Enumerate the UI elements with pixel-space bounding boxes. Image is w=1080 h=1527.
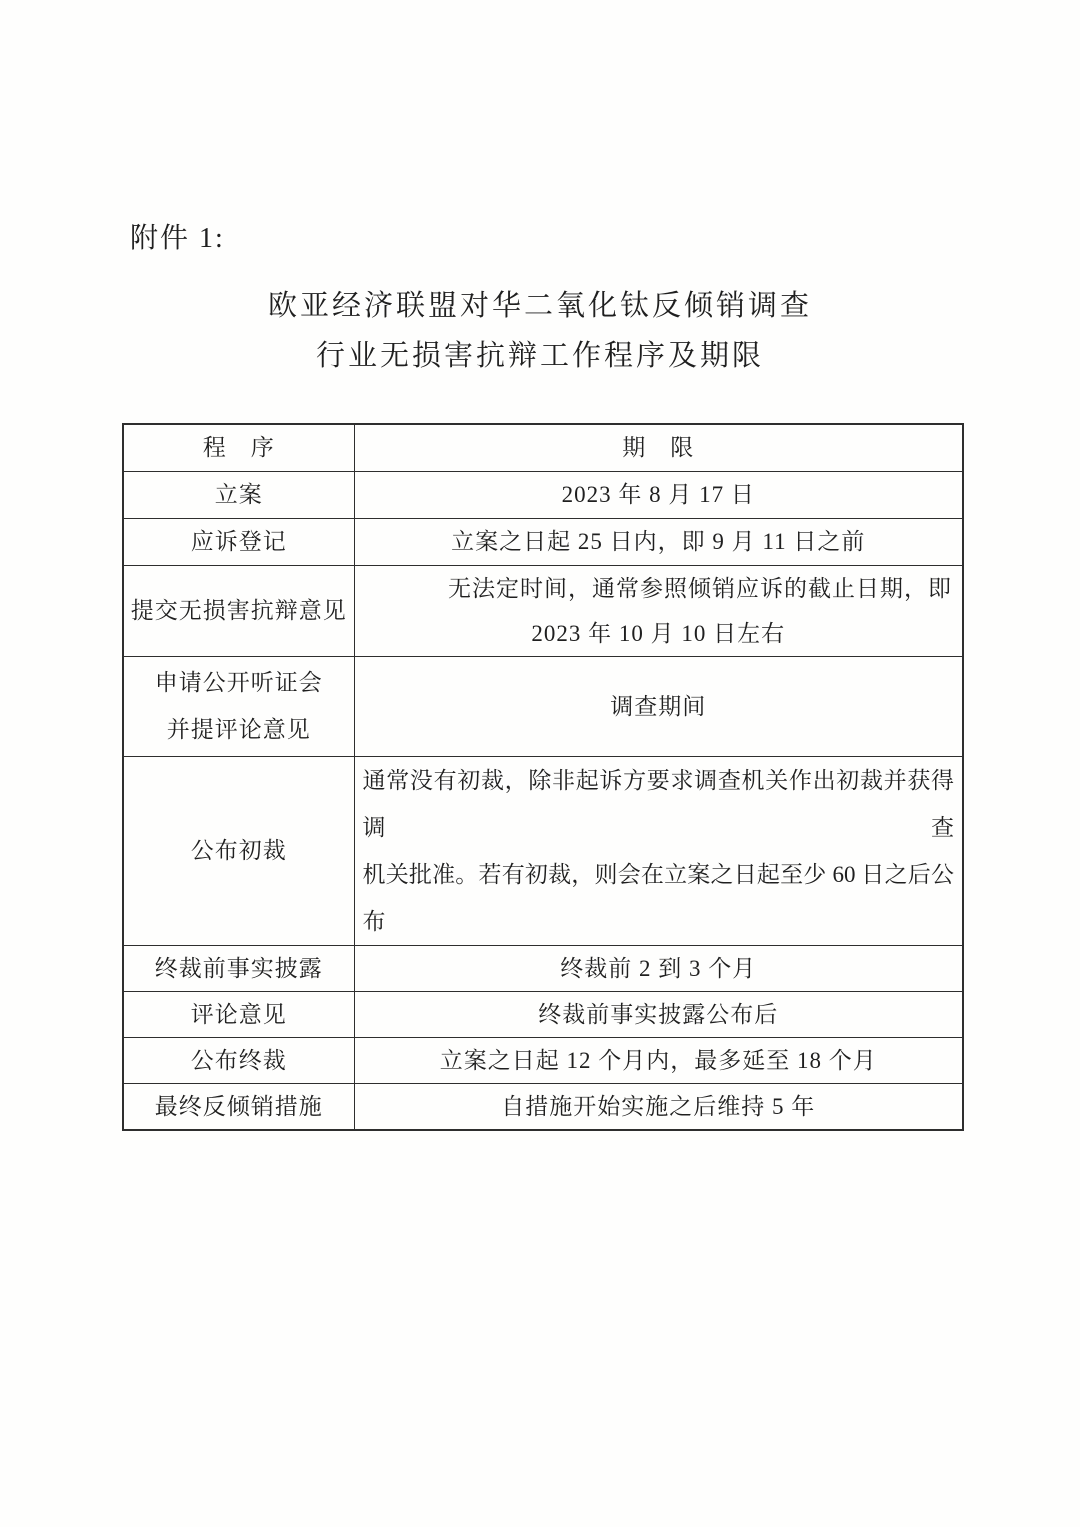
column-header-procedure: 程 序 — [123, 424, 354, 471]
procedure-cell: 公布终裁 — [123, 1037, 354, 1083]
table-row-registration: 应诉登记 立案之日起 25 日内，即 9 月 11 日之前 — [123, 518, 963, 565]
header-procedure-label: 程 序 — [124, 425, 354, 470]
procedure-text: 评论意见 — [124, 992, 354, 1037]
table-row-preliminary-ruling: 公布初裁 通常没有初裁，除非起诉方要求调查机关作出初裁并获得调查 机关批准。若有… — [123, 756, 963, 945]
deadline-cell: 终裁前 2 到 3 个月 — [354, 945, 963, 991]
procedure-text: 公布终裁 — [124, 1038, 354, 1083]
deadline-cell: 无法定时间，通常参照倾销应诉的截止日期，即 2023 年 10 月 10 日左右 — [354, 565, 963, 656]
deadline-cell: 2023 年 8 月 17 日 — [354, 471, 963, 518]
header-deadline-label: 期 限 — [355, 425, 963, 470]
deadline-text-line1: 通常没有初裁，除非起诉方要求调查机关作出初裁并获得调查 — [355, 757, 963, 851]
procedure-cell: 申请公开听证会 并提评论意见 — [123, 656, 354, 756]
document-title-line2: 行业无损害抗辩工作程序及期限 — [0, 333, 1080, 374]
procedure-cell: 公布初裁 — [123, 756, 354, 945]
table-row-final-measures: 最终反倾销措施 自措施开始实施之后维持 5 年 — [123, 1083, 963, 1130]
procedure-text: 应诉登记 — [124, 519, 354, 564]
table-row-hearing-comments: 申请公开听证会 并提评论意见 调查期间 — [123, 656, 963, 756]
table-header-row: 程 序 期 限 — [123, 424, 963, 471]
document-page: 附件 1: 欧亚经济联盟对华二氧化钛反倾销调查 行业无损害抗辩工作程序及期限 程… — [0, 0, 1080, 1527]
deadline-text: 终裁前事实披露公布后 — [355, 992, 963, 1037]
deadline-text-line1: 无法定时间，通常参照倾销应诉的截止日期，即 — [355, 566, 963, 611]
procedure-cell: 评论意见 — [123, 991, 354, 1037]
table-row-fact-disclosure: 终裁前事实披露 终裁前 2 到 3 个月 — [123, 945, 963, 991]
procedure-text: 公布初裁 — [124, 827, 354, 874]
deadline-text: 终裁前 2 到 3 个月 — [355, 946, 963, 991]
deadline-text-line2: 2023 年 10 月 10 日左右 — [355, 611, 963, 656]
table-row-final-ruling: 公布终裁 立案之日起 12 个月内，最多延至 18 个月 — [123, 1037, 963, 1083]
deadline-text: 立案之日起 12 个月内，最多延至 18 个月 — [355, 1038, 963, 1083]
procedure-cell: 应诉登记 — [123, 518, 354, 565]
procedure-cell: 立案 — [123, 471, 354, 518]
deadline-text-line2: 机关批准。若有初裁，则会在立案之日起至少 60 日之后公布 — [355, 851, 963, 945]
deadline-cell: 通常没有初裁，除非起诉方要求调查机关作出初裁并获得调查 机关批准。若有初裁，则会… — [354, 756, 963, 945]
deadline-cell: 调查期间 — [354, 656, 963, 756]
attachment-label: 附件 1: — [130, 216, 225, 256]
table-row-comments: 评论意见 终裁前事实披露公布后 — [123, 991, 963, 1037]
procedure-text-line1: 申请公开听证会 — [124, 659, 354, 706]
deadline-cell: 立案之日起 12 个月内，最多延至 18 个月 — [354, 1037, 963, 1083]
deadline-text: 调查期间 — [355, 683, 963, 730]
deadline-cell: 自措施开始实施之后维持 5 年 — [354, 1083, 963, 1130]
document-title-line1: 欧亚经济联盟对华二氧化钛反倾销调查 — [0, 283, 1080, 324]
procedure-cell: 终裁前事实披露 — [123, 945, 354, 991]
procedure-text-line2: 并提评论意见 — [124, 706, 354, 753]
table-row-filing: 立案 2023 年 8 月 17 日 — [123, 471, 963, 518]
procedure-text: 终裁前事实披露 — [124, 946, 354, 991]
procedure-cell: 最终反倾销措施 — [123, 1083, 354, 1130]
procedure-deadline-table: 程 序 期 限 立案 2023 年 8 月 17 日 应诉登记 立案之日起 25… — [122, 423, 964, 1131]
deadline-text: 立案之日起 25 日内，即 9 月 11 日之前 — [355, 519, 963, 564]
deadline-cell: 立案之日起 25 日内，即 9 月 11 日之前 — [354, 518, 963, 565]
procedure-cell: 提交无损害抗辩意见 — [123, 565, 354, 656]
procedure-text: 提交无损害抗辩意见 — [124, 588, 354, 633]
procedure-text: 最终反倾销措施 — [124, 1084, 354, 1129]
deadline-cell: 终裁前事实披露公布后 — [354, 991, 963, 1037]
column-header-deadline: 期 限 — [354, 424, 963, 471]
deadline-text: 2023 年 8 月 17 日 — [355, 472, 963, 517]
procedure-text: 立案 — [124, 472, 354, 517]
deadline-text: 自措施开始实施之后维持 5 年 — [355, 1084, 963, 1129]
table-row-submit-defense: 提交无损害抗辩意见 无法定时间，通常参照倾销应诉的截止日期，即 2023 年 1… — [123, 565, 963, 656]
